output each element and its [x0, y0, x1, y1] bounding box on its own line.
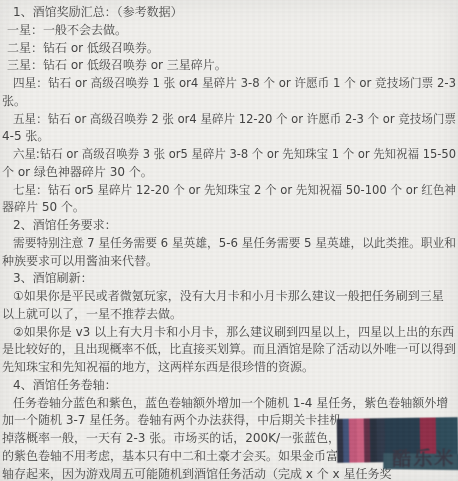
text-line: 是比较好的，且出现概率不低，比直接买划算。而且酒馆是除了活动以外唯一可以得到: [0, 341, 458, 359]
text-line: 个 or 绿色神器碎片 30 个。: [0, 164, 458, 182]
text-line: 七星：钻石 or5 星碎片 12-20 个 or 先知珠宝 2 个 or 先知祝…: [0, 182, 458, 200]
text-line: 二星：钻石 or 低级召唤券。: [0, 40, 458, 58]
text-line: 任务卷轴分蓝色和紫色，蓝色卷轴额外增加一个随机 1-4 星任务，紫色卷轴额外增: [0, 395, 458, 413]
text-line: 1、酒馆奖励汇总：（参考数据）: [0, 4, 458, 22]
text-line: 2、酒馆任务要求：: [0, 217, 458, 235]
text-line: 4-5 张。: [0, 128, 458, 146]
document-page: 1、酒馆奖励汇总：（参考数据）一星：一般不会去做。二星：钻石 or 低级召唤券。…: [0, 0, 458, 481]
text-line: 六星:钻石 or 高级召唤券 3 张 or5 星碎片 3-8 个 or 先知珠宝…: [0, 146, 458, 164]
text-line: 4、酒馆任务卷轴：: [0, 377, 458, 395]
text-line: 器碎片 50 个。: [0, 199, 458, 217]
text-line: 四星：钻石 or 高级召唤券 1 张 or4 星碎片 3-8 个 or 许愿币 …: [0, 75, 458, 93]
text-line: 张。: [0, 93, 458, 111]
text-line: ②如果你是 v3 以上有大月卡和小月卡，那么建议刷到四星以上，四星以上出的东西: [0, 324, 458, 342]
text-line: 3、酒馆刷新：: [0, 270, 458, 288]
text-line: 五星：钻石 or 高级召唤券 2 张 or4 星碎片 12-20 个 or 许愿…: [0, 111, 458, 129]
article-text: 1、酒馆奖励汇总：（参考数据）一星：一般不会去做。二星：钻石 or 低级召唤券。…: [0, 4, 458, 481]
watermark-logo-text: 酷乐米: [392, 443, 455, 471]
text-line: 三星：钻石 or 低级召唤券 or 三星碎片。: [0, 57, 458, 75]
text-line: 需要特别注意 7 星任务需要 6 星英雄，5-6 星任务需要 5 星英雄，以此类…: [0, 235, 458, 253]
text-line: ①如果你是平民或者微氪玩家，没有大月卡和小月卡那么建议一般把任务刷到三星: [0, 288, 458, 306]
text-line: 以上就可以了，一星不推荐去做。: [0, 306, 458, 324]
text-line: 先知珠宝和先知祝福的地方，这两样东西是很珍惜的资源。: [0, 359, 458, 377]
watermark: 酷乐米: [337, 417, 458, 463]
text-line: 一星：一般不会去做。: [0, 22, 458, 40]
text-line: 种族要求可以用酱油来代替。: [0, 253, 458, 271]
